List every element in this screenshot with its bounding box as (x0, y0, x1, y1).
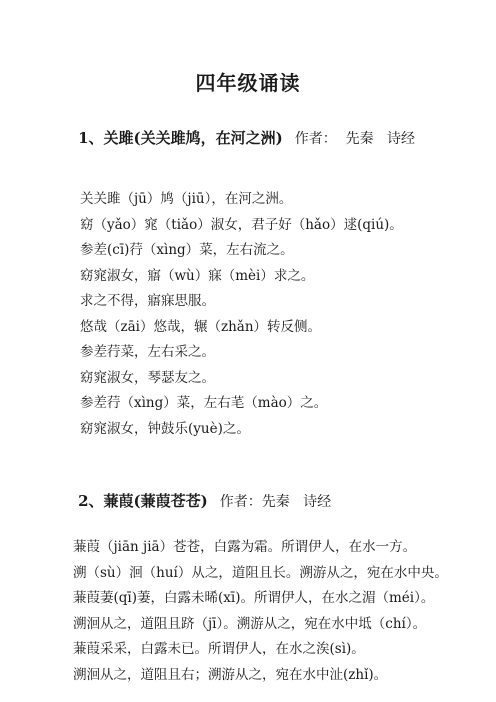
poem-2-line-5: 蒹葭采采，白露未已。所谓伊人，在水之涘(sì)。 (73, 637, 496, 663)
poem-1-line-5: 求之不得，寤寐思服。 (80, 289, 496, 315)
poem-1-line-3: 参差(cī)荇（xìng）菜，左右流之。 (80, 238, 496, 264)
poem-2-byline: 作者：先秦 诗经 (220, 494, 331, 510)
document-title: 四年级诵读 (0, 0, 496, 97)
document-page: 四年级诵读 1、关雎(关关雎鸠，在河之洲)作者： 先秦 诗经 关关雎（jū）鸠（… (0, 0, 496, 702)
poem-1-body: 关关雎（jū）鸠（jiū），在河之洲。 窈（yǎo）窕（tiǎo）淑女，君子好（… (80, 187, 496, 442)
poem-2-line-3: 蒹葭萋(qī)萋，白露未晞(xī)。所谓伊人，在水之湄（méi）。 (73, 586, 496, 612)
poem-2-body: 蒹葭（jiān jiā）苍苍，白露为霜。所谓伊人，在水一方。 溯（sù）洄（hu… (73, 535, 496, 688)
poem-1-byline: 作者： 先秦 诗经 (295, 131, 415, 147)
poem-1-line-2: 窈（yǎo）窕（tiǎo）淑女，君子好（hǎo）逑(qiú)。 (80, 213, 496, 239)
poem-2-line-1: 蒹葭（jiān jiā）苍苍，白露为霜。所谓伊人，在水一方。 (73, 535, 496, 561)
poem-1-title: 1、关雎(关关雎鸠，在河之洲) (78, 129, 283, 147)
poem-1-line-6: 悠哉（zāi）悠哉，辗（zhǎn）转反侧。 (80, 315, 496, 341)
poem-2-line-4: 溯洄从之，道阻且跻（jī）。溯游从之，宛在水中坻（chí）。 (73, 612, 496, 638)
poem-1-line-4: 窈窕淑女，寤（wù）寐（mèi）求之。 (80, 264, 496, 290)
poem-1-line-10: 窈窕淑女，钟鼓乐(yuè)之。 (80, 417, 496, 443)
poem-1-line-1: 关关雎（jū）鸠（jiū），在河之洲。 (80, 187, 496, 213)
poem-1-line-9: 参差荇（xìng）菜，左右芼（mào）之。 (80, 391, 496, 417)
poem-2-line-6: 溯洄从之，道阻且右；溯游从之，宛在水中沚(zhǐ)。 (73, 663, 496, 689)
poem-1-heading-row: 1、关雎(关关雎鸠，在河之洲)作者： 先秦 诗经 (59, 113, 496, 165)
poem-2-heading-row: 2、蒹葭(蒹葭苍苍)作者：先秦 诗经 (59, 476, 496, 528)
poem-1-line-8: 窈窕淑女，琴瑟友之。 (80, 366, 496, 392)
poem-2-title: 2、蒹葭(蒹葭苍苍) (78, 492, 208, 510)
poem-2-line-2: 溯（sù）洄（huí）从之，道阻且长。溯游从之，宛在水中央。 (73, 561, 496, 587)
poem-1-line-7: 参差荇菜，左右采之。 (80, 340, 496, 366)
